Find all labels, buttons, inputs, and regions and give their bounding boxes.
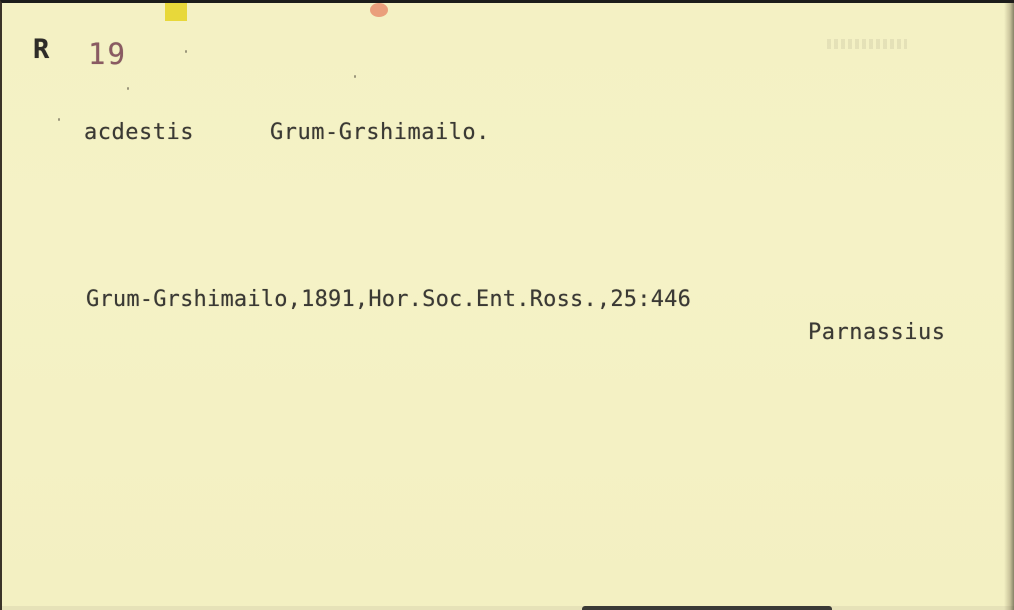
card-bottom-shadow	[582, 606, 832, 610]
paper-speck	[185, 50, 187, 53]
paper-speck	[58, 118, 60, 121]
yellow-tab-marker	[165, 3, 187, 21]
card-bottom-edge	[2, 606, 1014, 610]
genus-name: Parnassius	[808, 320, 945, 345]
call-letter: R	[33, 34, 50, 65]
red-tab-marker	[370, 3, 388, 17]
index-card: R 19 acdestis Grum-Grshimailo. Grum-Grsh…	[0, 0, 1014, 610]
paper-speck	[127, 87, 129, 90]
bibliographic-citation: Grum-Grshimailo,1891,Hor.Soc.Ent.Ross.,2…	[86, 287, 691, 312]
taxon-name: acdestis	[84, 120, 194, 145]
faint-stamp-mark	[827, 39, 907, 49]
paper-speck	[354, 75, 356, 78]
call-number: 19	[88, 37, 127, 71]
taxon-author: Grum-Grshimailo.	[270, 120, 490, 145]
